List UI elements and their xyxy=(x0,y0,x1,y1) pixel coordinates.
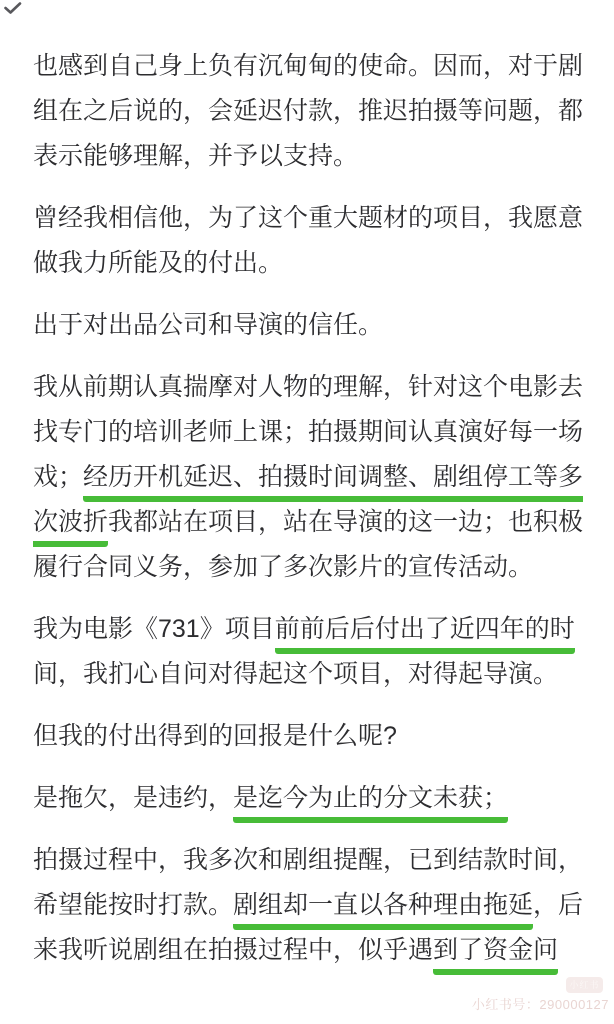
paragraph: 曾经我相信他，为了这个重大题材的项目，我愿意做我力所能及的付出。 xyxy=(33,196,586,286)
text-segment: 我为电影《731》项目 xyxy=(33,615,275,643)
paragraph: 是拖欠，是违约，是迄今为止的分文未获； xyxy=(33,776,586,821)
highlighted-text: 剧组却一直以各种理由拖延 xyxy=(233,891,533,930)
paragraph: 出于对出品公司和导演的信任。 xyxy=(33,303,586,348)
corner-artifact-mark xyxy=(4,2,22,15)
text-segment: 曾经我相信他，为了这个重大题材的项目，我愿意做我力所能及的付出。 xyxy=(33,204,583,277)
paragraph: 也感到自己身上负有沉甸甸的使命。因而，对于剧组在之后说的，会延迟付款，推迟拍摄等… xyxy=(33,44,586,179)
post-page: 也感到自己身上负有沉甸甸的使命。因而，对于剧组在之后说的，会延迟付款，推迟拍摄等… xyxy=(0,0,614,1024)
paragraph: 我从前期认真揣摩对人物的理解，针对这个电影去找专门的培训老师上课；拍摄期间认真演… xyxy=(33,365,586,590)
paragraph: 我为电影《731》项目前前后后付出了近四年的时间，我扪心自问对得起这个项目，对得… xyxy=(33,607,586,697)
text-segment: 也感到自己身上负有沉甸甸的使命。因而，对于剧组在之后说的，会延迟付款，推迟拍摄等… xyxy=(33,52,583,170)
text-segment: 我都站在项目，站在导演的这一边；也积极履行合同义务，参加了多次影片的宣传活动。 xyxy=(33,508,583,581)
watermark-id-text: 小红书号：290000127 xyxy=(472,997,609,1013)
text-segment: 出于对出品公司和导演的信任。 xyxy=(33,311,383,339)
watermark-badge: 小红书 xyxy=(566,977,603,993)
highlighted-text: 到了资金问 xyxy=(433,936,558,975)
watermark-badge-label: 小红书 xyxy=(569,980,599,990)
text-segment: 但我的付出得到的回报是什么呢? xyxy=(33,722,397,750)
text-segment: 是拖欠，是违约， xyxy=(33,784,233,812)
highlighted-text: 是迄今为止的分文未获； xyxy=(233,784,508,823)
highlighted-text: 前前后后付出了近四年的时 xyxy=(275,615,575,654)
post-text: 也感到自己身上负有沉甸甸的使命。因而，对于剧组在之后说的，会延迟付款，推迟拍摄等… xyxy=(33,44,586,990)
paragraph: 但我的付出得到的回报是什么呢? xyxy=(33,714,586,759)
paragraph: 拍摄过程中，我多次和剧组提醒，已到结款时间，希望能按时打款。剧组却一直以各种理由… xyxy=(33,838,586,973)
text-segment: 间，我扪心自问对得起这个项目，对得起导演。 xyxy=(33,660,558,688)
